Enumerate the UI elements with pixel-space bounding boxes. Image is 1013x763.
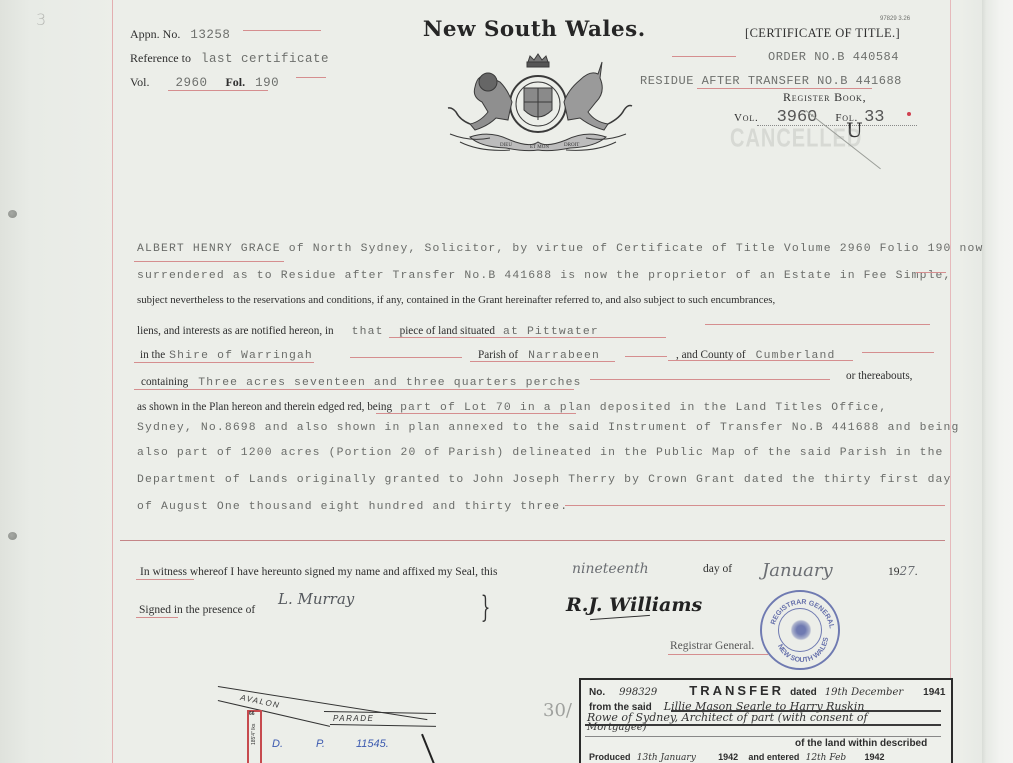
underline	[668, 654, 768, 655]
body-line-9: also part of 1200 acres (Portion 20 of P…	[137, 447, 944, 459]
underline	[134, 261, 284, 262]
seal-arms-icon	[791, 619, 811, 641]
section-divider	[120, 540, 945, 541]
underline	[350, 357, 462, 358]
right-margin-rule	[950, 0, 951, 763]
signed-in-presence-label: Signed in the presence of	[139, 604, 255, 616]
deposited-plan-label: D.	[272, 738, 283, 750]
witness-signature: L. Murray	[278, 590, 354, 608]
underline	[296, 77, 326, 78]
underline	[705, 324, 930, 325]
certificate-page: 3 Appn. No. 13258 Reference to last cert…	[0, 0, 1013, 763]
margin-note: 30/	[543, 700, 572, 721]
underline	[243, 30, 321, 31]
day-of-label: day of	[703, 563, 732, 575]
register-book-label: Register Book,	[783, 90, 866, 105]
underline	[668, 360, 853, 361]
underline	[168, 90, 268, 91]
day-handwritten: nineteenth	[572, 561, 649, 577]
svg-text:ET MON: ET MON	[530, 145, 549, 150]
body-line-3: subject nevertheless to the reservations…	[137, 294, 775, 306]
body-line-11: of August One thousand eight hundred and…	[137, 501, 568, 513]
plan-arrow-stroke	[421, 734, 435, 763]
transfer-produced: Produced 13th January 1942 and entered 1…	[589, 752, 884, 763]
body-line-6: containing Three acres seventeen and thr…	[141, 372, 582, 390]
print-code: 97829 3.26	[880, 16, 910, 22]
prior-vol-fol: Vol. 2960 Fol. 190	[130, 73, 279, 91]
red-mark	[907, 112, 911, 116]
stamp-rule	[585, 736, 941, 737]
transfer-line-4: Mortgagee)	[587, 722, 647, 733]
plan-boundary	[330, 724, 436, 727]
punch-hole-icon	[8, 210, 17, 218]
body-line-5: in the Shire of Warringah	[140, 345, 313, 363]
street-label: PARADE	[333, 714, 374, 723]
underline	[862, 352, 934, 353]
body-line-10: Department of Lands originally granted t…	[137, 474, 952, 486]
underline	[136, 617, 178, 618]
motto: DIEU	[500, 143, 512, 148]
registrar-signature: R.J. Williams	[566, 594, 702, 616]
or-thereabouts: or thereabouts,	[846, 370, 912, 382]
underline	[134, 362, 314, 363]
underline	[672, 56, 736, 57]
transfer-stamp: No. 998329 TRANSFER dated 19th December …	[579, 678, 953, 763]
order-number: ORDER NO.B 440584	[768, 50, 899, 64]
witness-text: In witness whereof I have hereunto signe…	[140, 566, 497, 578]
underline	[134, 389, 574, 390]
body-line-2: surrendered as to Residue after Transfer…	[137, 270, 952, 282]
page-number: 3	[36, 10, 46, 29]
svg-text:DROIT: DROIT	[564, 143, 579, 148]
registrar-general-label: Registrar General.	[670, 640, 754, 652]
body-line-1: ALBERT HENRY GRACE of North Sydney, Soli…	[137, 243, 984, 255]
document-title: New South Wales.	[423, 16, 646, 41]
lot-dimension: 185'4" lks	[251, 724, 257, 745]
lot-width: 66	[249, 711, 255, 717]
underline	[697, 88, 872, 89]
proprietor-name: ALBERT HENRY GRACE	[137, 243, 281, 255]
page-edge	[982, 0, 986, 763]
underline	[916, 272, 946, 273]
transfer-land-label: of the land within described	[795, 738, 927, 749]
registrar-general-seal: REGISTRAR GENERAL NEW SOUTH WALES	[760, 590, 840, 670]
underline	[625, 356, 667, 357]
year: 1927.	[888, 562, 918, 580]
underline	[136, 579, 194, 580]
underline	[389, 337, 666, 338]
underline	[590, 379, 830, 380]
reference-to: Reference to last certificate	[130, 49, 329, 67]
residue-transfer: RESIDUE AFTER TRANSFER NO.B 441688	[640, 74, 902, 88]
left-margin-rule	[112, 0, 113, 763]
underline	[376, 413, 576, 414]
body-line-8: Sydney, No.8698 and also shown in plan a…	[137, 422, 960, 434]
appn-number: Appn. No. 13258	[130, 25, 230, 43]
month-handwritten: January	[762, 560, 833, 581]
underline	[470, 361, 615, 362]
document-type: [CERTIFICATE OF TITLE.]	[745, 26, 900, 41]
deposited-plan-label: P.	[316, 738, 325, 750]
punch-hole-icon	[8, 532, 17, 540]
underline	[565, 505, 945, 506]
brace-icon: }	[481, 590, 491, 625]
seal-inner-ring	[778, 608, 822, 652]
deposited-plan-number: 11545.	[356, 738, 389, 750]
royal-coat-of-arms-icon: DIEU ET MON DROIT	[430, 52, 645, 157]
